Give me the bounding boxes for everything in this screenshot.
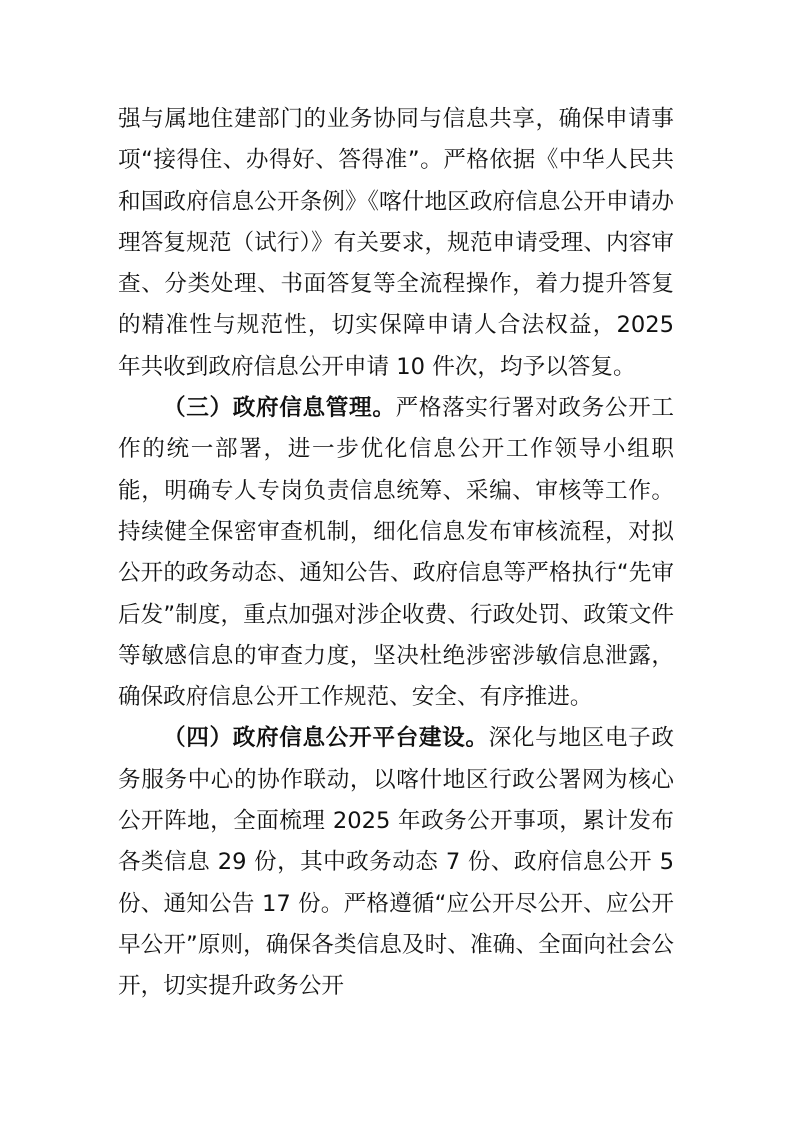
paragraph-continuation: 强与属地住建部门的业务协同与信息共享，确保申请事项“接得住、办得好、答得准”。严… <box>118 99 674 388</box>
document-page: 强与属地住建部门的业务协同与信息共享，确保申请事项“接得住、办得好、答得准”。严… <box>118 99 674 1008</box>
paragraph-section-4: （四）政府信息公开平台建设。深化与地区电子政务服务中心的协作联动，以喀什地区行政… <box>118 718 674 1007</box>
section-heading: （四）政府信息公开平台建设。 <box>163 725 489 751</box>
paragraph-text: 严格落实行署对政务公开工作的统一部署，进一步优化信息公开工作领导小组职能，明确专… <box>118 395 674 710</box>
paragraph-text: 强与属地住建部门的业务协同与信息共享，确保申请事项“接得住、办得好、答得准”。严… <box>118 106 674 380</box>
section-heading: （三）政府信息管理。 <box>163 395 396 421</box>
paragraph-text: 深化与地区电子政务服务中心的协作联动，以喀什地区行政公署网为核心公开阵地，全面梳… <box>118 725 674 999</box>
paragraph-section-3: （三）政府信息管理。严格落实行署对政务公开工作的统一部署，进一步优化信息公开工作… <box>118 388 674 718</box>
